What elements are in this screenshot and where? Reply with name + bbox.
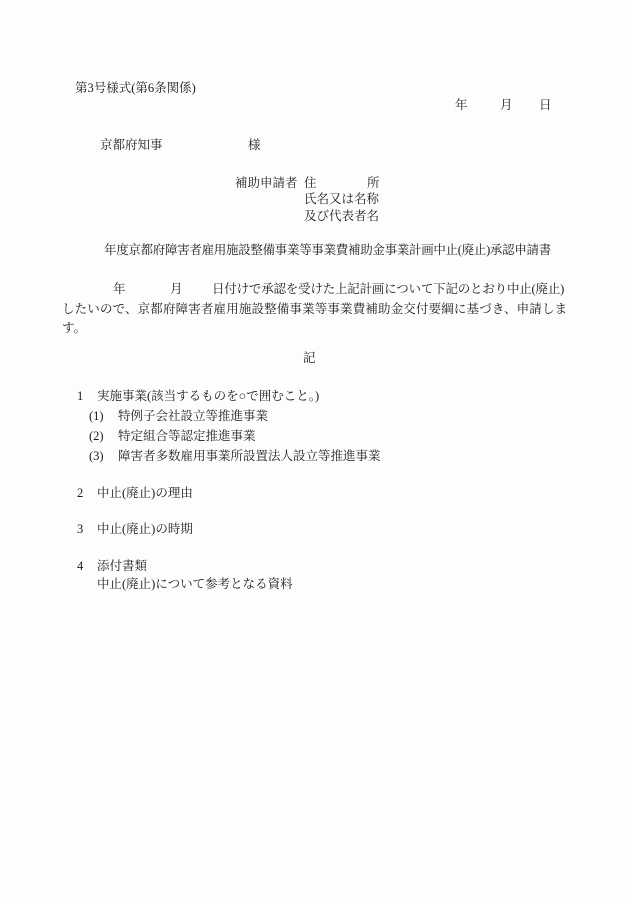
document-title: 年度京都府障害者雇用施設整備事業等事業費補助金事業計画中止(廃止)承認申請書	[104, 243, 551, 258]
body-paragraph-line-2: したいので、京都府障害者雇用施設整備事業等事業費補助金交付要綱に基づき、申請しま	[62, 302, 567, 317]
applicant-label: 補助申請者	[235, 176, 298, 191]
section-4-number: 4	[77, 559, 83, 574]
addressee-honorific: 様	[248, 138, 261, 153]
section-1-option-3-number: (3)	[89, 449, 104, 464]
body-paragraph-line-3: す。	[62, 321, 86, 336]
section-2-heading: 中止(廃止)の理由	[97, 486, 193, 501]
application-form-page: 第3号様式(第6条関係) 年 月 日 京都府知事 様 補助申請者 住 所 氏名又…	[0, 0, 630, 903]
body-year-label: 年	[113, 282, 126, 297]
section-1-heading: 実施事業(該当するものを○で囲むこと。)	[97, 389, 319, 404]
applicant-address-label-end: 所	[367, 176, 380, 191]
section-3-heading: 中止(廃止)の時期	[97, 522, 193, 537]
section-1-number: 1	[77, 389, 83, 404]
section-1-option-1-number: (1)	[89, 409, 104, 424]
date-month-label: 月	[500, 98, 513, 113]
body-paragraph-line-1: 日付けで承認を受けた上記計画について下記のとおり中止(廃止)	[212, 282, 564, 297]
addressee-name: 京都府知事	[100, 138, 163, 153]
section-1-option-2-text: 特定組合等認定推進事業	[118, 429, 256, 444]
section-4-heading: 添付書類	[97, 559, 147, 574]
applicant-representative-label: 及び代表者名	[304, 209, 379, 224]
applicant-address-label-start: 住	[304, 176, 317, 191]
applicant-name-label: 氏名又は名称	[304, 192, 379, 207]
section-1-option-1-text: 特例子会社設立等推進事業	[118, 409, 268, 424]
section-4-note: 中止(廃止)について参考となる資料	[97, 577, 293, 592]
form-number: 第3号様式(第6条関係)	[75, 81, 196, 96]
section-2-number: 2	[77, 486, 83, 501]
date-year-label: 年	[455, 98, 468, 113]
section-1-option-3-text: 障害者多数雇用事業所設置法人設立等推進事業	[118, 449, 381, 464]
section-3-number: 3	[77, 522, 83, 537]
body-month-label: 月	[170, 282, 183, 297]
record-heading: 記	[303, 351, 316, 366]
date-day-label: 日	[539, 98, 552, 113]
section-1-option-2-number: (2)	[89, 429, 104, 444]
